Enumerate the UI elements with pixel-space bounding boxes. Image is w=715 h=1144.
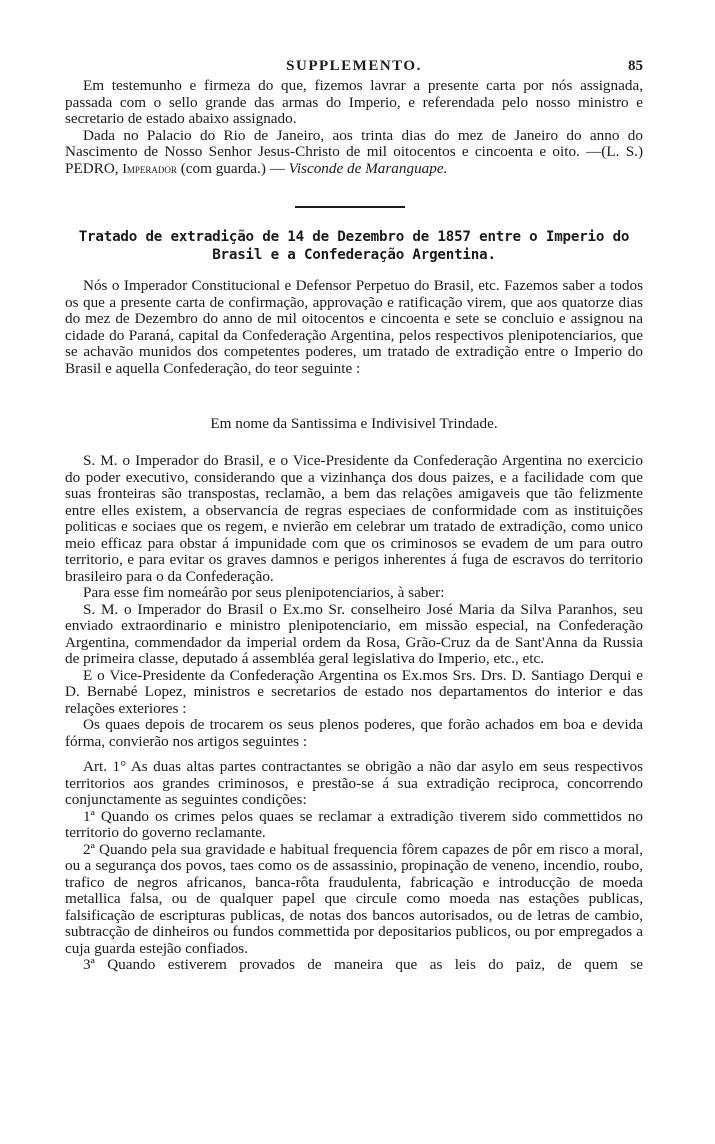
dating-text: Dada no Palacio do Rio de Janeiro, aos t… [65, 127, 643, 161]
condition-item: 3ª Quando estiverem provados de maneira … [65, 957, 643, 974]
page-number: 85 [628, 58, 643, 75]
signature-title: Imperador [122, 161, 177, 176]
treaty-preamble: Nós o Imperador Constitucional e Defenso… [65, 278, 643, 377]
article-label: Art. 1° [83, 758, 126, 775]
treaty-title-line-2: Brasil e a Confederação Argentina. [65, 246, 643, 264]
signature-countersign: Visconde de Maranguape. [289, 160, 448, 177]
signature-pedro: PEDRO, Imperador [65, 160, 177, 177]
invocation: Em nome da Santissima e Indivisivel Trin… [65, 416, 643, 433]
treaty-title: Tratado de extradição de 14 de Dezembro … [65, 228, 643, 264]
condition-text: Quando estiverem provados de maneira que… [107, 956, 643, 973]
condition-item: 1ª Quando os crimes pelos quaes se recla… [65, 809, 643, 842]
signature-note: (com guarda.) — [181, 160, 285, 177]
condition-text: Quando os crimes pelos quaes se reclamar… [65, 808, 643, 842]
condition-number: 1ª [83, 808, 95, 825]
article-text: As duas altas partes contractantes se ob… [65, 758, 643, 808]
section-separator [295, 206, 405, 208]
condition-item: 2ª Quando pela sua gravidade e habitual … [65, 842, 643, 958]
condition-text: Quando pela sua gravidade e habitual fre… [65, 841, 643, 957]
condition-number: 2ª [83, 841, 95, 858]
body-paragraph: S. M. o Imperador do Brasil o Ex.mo Sr. … [65, 602, 643, 668]
treaty-preamble-section: Nós o Imperador Constitucional e Defenso… [65, 278, 643, 377]
body-paragraph: E o Vice-Presidente da Confederação Arge… [65, 668, 643, 718]
invocation-section: Em nome da Santissima e Indivisivel Trin… [65, 416, 643, 433]
treaty-title-line-1: Tratado de extradição de 14 de Dezembro … [65, 228, 643, 246]
closing-section: Em testemunho e firmeza do que, fizemos … [65, 78, 643, 177]
dating-paragraph: Dada no Palacio do Rio de Janeiro, aos t… [65, 128, 643, 178]
body-paragraph: Para esse fim nomeárão por seus plenipot… [65, 585, 643, 602]
condition-number: 3ª [83, 956, 95, 973]
treaty-body: S. M. o Imperador do Brasil, e o Vice-Pr… [65, 453, 643, 974]
body-paragraph: S. M. o Imperador do Brasil, e o Vice-Pr… [65, 453, 643, 585]
closing-paragraph: Em testemunho e firmeza do que, fizemos … [65, 78, 643, 128]
body-paragraph: Os quaes depois de trocarem os seus plen… [65, 717, 643, 750]
running-head: SUPPLEMENTO. 85 [65, 58, 643, 76]
article-1: Art. 1° As duas altas partes contractant… [65, 759, 643, 809]
running-title: SUPPLEMENTO. [65, 58, 643, 75]
